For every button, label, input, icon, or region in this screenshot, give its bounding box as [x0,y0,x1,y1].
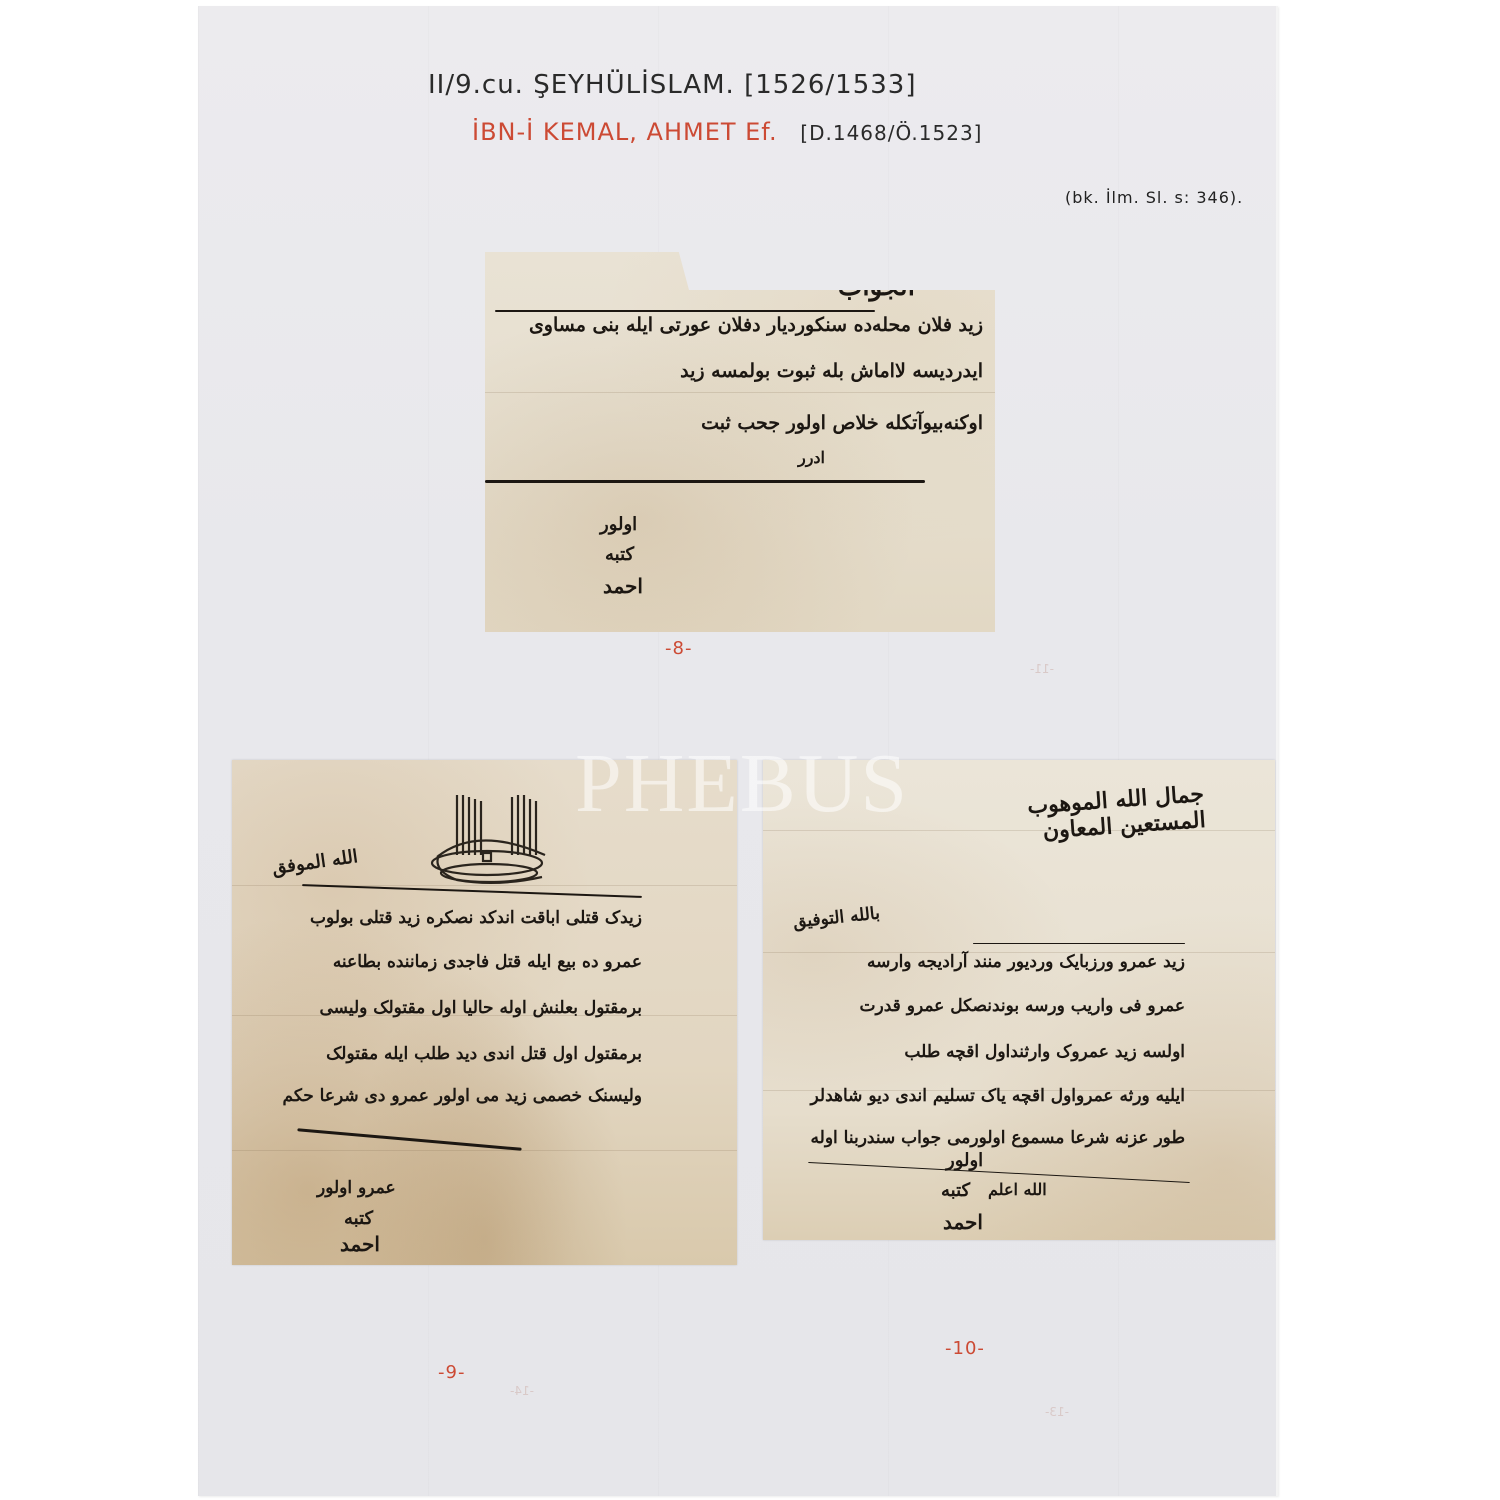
ghost-label: -13- [1045,1405,1069,1419]
document-10-sheet: جمال الله الموهوب المستعین المعاون بالله… [763,760,1275,1240]
tughra-seal-icon [417,785,557,890]
document-10-line-4: ایلیە ورثە عمرواول اقچه یاک تسلیم اندی د… [811,1086,1185,1106]
reference-note: (bk. İlm. Sl. s: 346). [1065,188,1243,207]
scholar-dates: [D.1468/Ö.1523] [800,121,982,145]
document-10-top-rule [973,943,1185,944]
document-9-signature-title: کتبه [344,1208,373,1229]
page-texture [198,6,1278,1496]
document-8-signature-title: کتبه [605,544,634,565]
document-8-top-rule [495,310,875,312]
document-8-line-4: ادرر [798,448,825,467]
document-10-line-5: طور عزنه شرعا مسموع اولورمی جواب سندربنا… [811,1128,1185,1148]
document-10-closing: الله اعلم [988,1180,1047,1199]
fold-line [485,392,995,393]
document-10-line-1: زید عمرو ورزبایک وردیور منند آرادیجە وار… [867,952,1185,972]
document-9-bottom-rule [297,1128,521,1151]
document-8-line-3: اوکنەبیوآتکلە خلاص اولور جحب ثبت [701,412,983,434]
document-9-line-3: برمقتول بعلنش اولە حالیا اول مقتولک ولیس… [319,998,642,1018]
document-8-bottom-rule [485,480,925,483]
document-9-line-4: برمقتول اول قتل اندی دید طلب ایلە مقتولک [326,1044,642,1064]
document-8-label: -8- [665,638,692,659]
scholar-name: İBN-İ KEMAL, AHMET Ef. [472,118,778,146]
page-title: II/9.cu. ŞEYHÜLİSLAM. [1526/1533] [428,70,916,100]
album-page [198,6,1278,1496]
document-9-sheet: الله الموفق زیدک قتلی اباقت اندکد نصکرە … [232,760,737,1265]
document-8-line-1: زید فلان محلەدە سنکوردیار دفلان عورتی ای… [529,314,983,336]
document-9-line-1: زیدک قتلی اباقت اندکد نصکرە زید قتلی بول… [310,908,642,928]
document-8-sheet: الجواب زید فلان محلەدە سنکوردیار دفلان ع… [485,252,995,632]
ghost-label: -11- [1030,662,1054,676]
ghost-label: -14- [510,1384,534,1398]
document-10-invocation: بالله التوفیق [792,904,881,933]
document-9-signature-name: احمد [340,1232,380,1256]
fold-line [232,1150,737,1151]
document-8-answer: اولور [600,514,637,535]
document-8-signature-name: احمد [603,574,643,598]
document-9-line-2: عمرو دە بیع ایلە قتل فاجدی زمانندە بطاعن… [333,952,642,972]
document-10-line-2: عمرو فی واریب ورسه بوندنصکل عمرو قدرت [860,996,1185,1016]
document-9-line-5: ولیسنک خصمی زید می اولور عمرو دی شرعا حک… [283,1086,642,1106]
document-8-line-2: ایدردیسە لااماش بلە ثبوت بولمسە زید [680,360,983,382]
document-9-answer: عمرو اولور [317,1178,396,1198]
document-10-seal: جمال الله الموهوب المستعین المعاون [944,781,1207,851]
document-10-line-3: اولسه زید عمروک وارثنداول اقچه طلب [904,1042,1185,1062]
document-9-invocation: الله الموفق [271,846,359,879]
page-subtitle: İBN-İ KEMAL, AHMET Ef. [D.1468/Ö.1523] [472,118,982,146]
document-10-label: -10- [945,1338,985,1359]
document-9-label: -9- [438,1362,465,1383]
